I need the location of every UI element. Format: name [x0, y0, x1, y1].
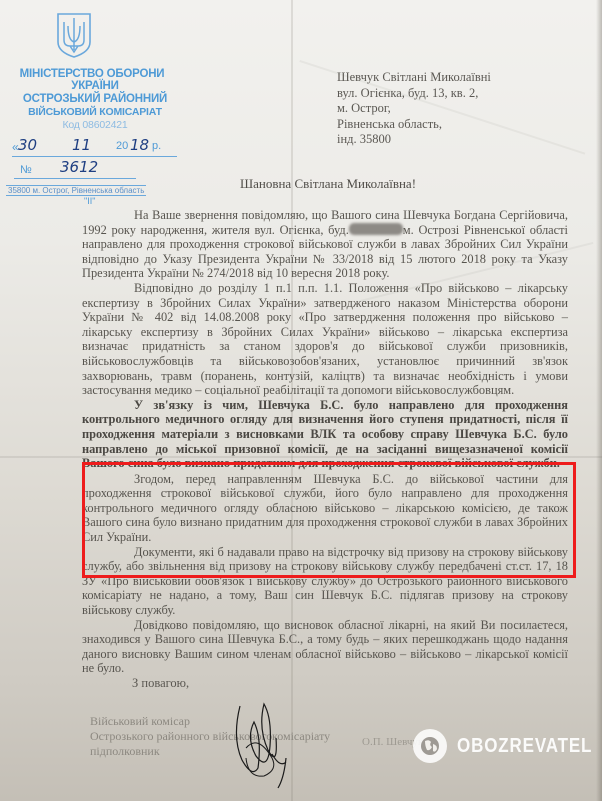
watermark-text: OBOZREVATEL — [457, 735, 592, 758]
stamp-ministry: МІНІСТЕРСТВО ОБОРОНИ — [0, 68, 187, 80]
trident-icon — [56, 12, 92, 58]
recipient-street: вул. Огієнка, буд. 13, кв. 2, — [337, 86, 491, 102]
letter-body: На Ваше звернення повідомляю, що Вашого … — [82, 208, 568, 676]
paragraph-1: На Ваше звернення повідомляю, що Вашого … — [82, 208, 568, 281]
paragraph-2: Відповідно до розділу 1 п.1 п.п. 1.1. По… — [82, 281, 568, 398]
stamp-mark: "II" — [84, 196, 95, 206]
handwritten-signature — [228, 698, 300, 790]
date-suffix: р. — [152, 140, 161, 152]
paragraph-3: У зв'язку із чим, Шевчука Б.С. було напр… — [82, 398, 568, 471]
date-year: 18 — [130, 136, 149, 154]
highlight-annotation-box — [82, 462, 576, 578]
paper-edge-shadow — [596, 0, 602, 801]
number-value: 3612 — [60, 158, 98, 176]
stamp-country: УКРАЇНИ — [0, 80, 190, 92]
recipient-postal: інд. 35800 — [337, 132, 491, 148]
stamp-code: Код 08602421 — [0, 119, 190, 131]
stamp-commissariat: ВІЙСЬКОВИЙ КОМІСАРІАТ — [0, 106, 190, 118]
globe-icon — [413, 729, 447, 763]
salutation: Шановна Світлана Миколаївна! — [240, 176, 416, 192]
recipient-address: Шевчук Світлані Миколаївні вул. Огієнка,… — [337, 70, 491, 148]
date-month: 11 — [72, 136, 91, 154]
outgoing-number: № 3612 — [14, 162, 136, 179]
stamp-district: ОСТРОЗЬКИЙ РАЙОННИЙ — [0, 93, 190, 105]
recipient-region: Рівненська область, — [337, 117, 491, 133]
stamp-address: 35800 м. Острог, Рівненська область — [6, 185, 146, 196]
outgoing-date: « 30 11 20 18 р. — [12, 140, 177, 157]
recipient-name: Шевчук Світлані Миколаївні — [337, 70, 491, 86]
paragraph-6: Довідково повідомляю, що висновок обласн… — [82, 618, 568, 676]
date-day: 30 — [18, 136, 37, 154]
number-label: № — [20, 164, 32, 176]
redacted-house-number — [349, 223, 403, 235]
obozrevatel-watermark: OBOZREVATEL — [413, 729, 602, 763]
recipient-city: м. Острог, — [337, 101, 491, 117]
closing-regards: З повагою, — [132, 676, 189, 691]
date-year-prefix: 20 — [116, 140, 128, 152]
